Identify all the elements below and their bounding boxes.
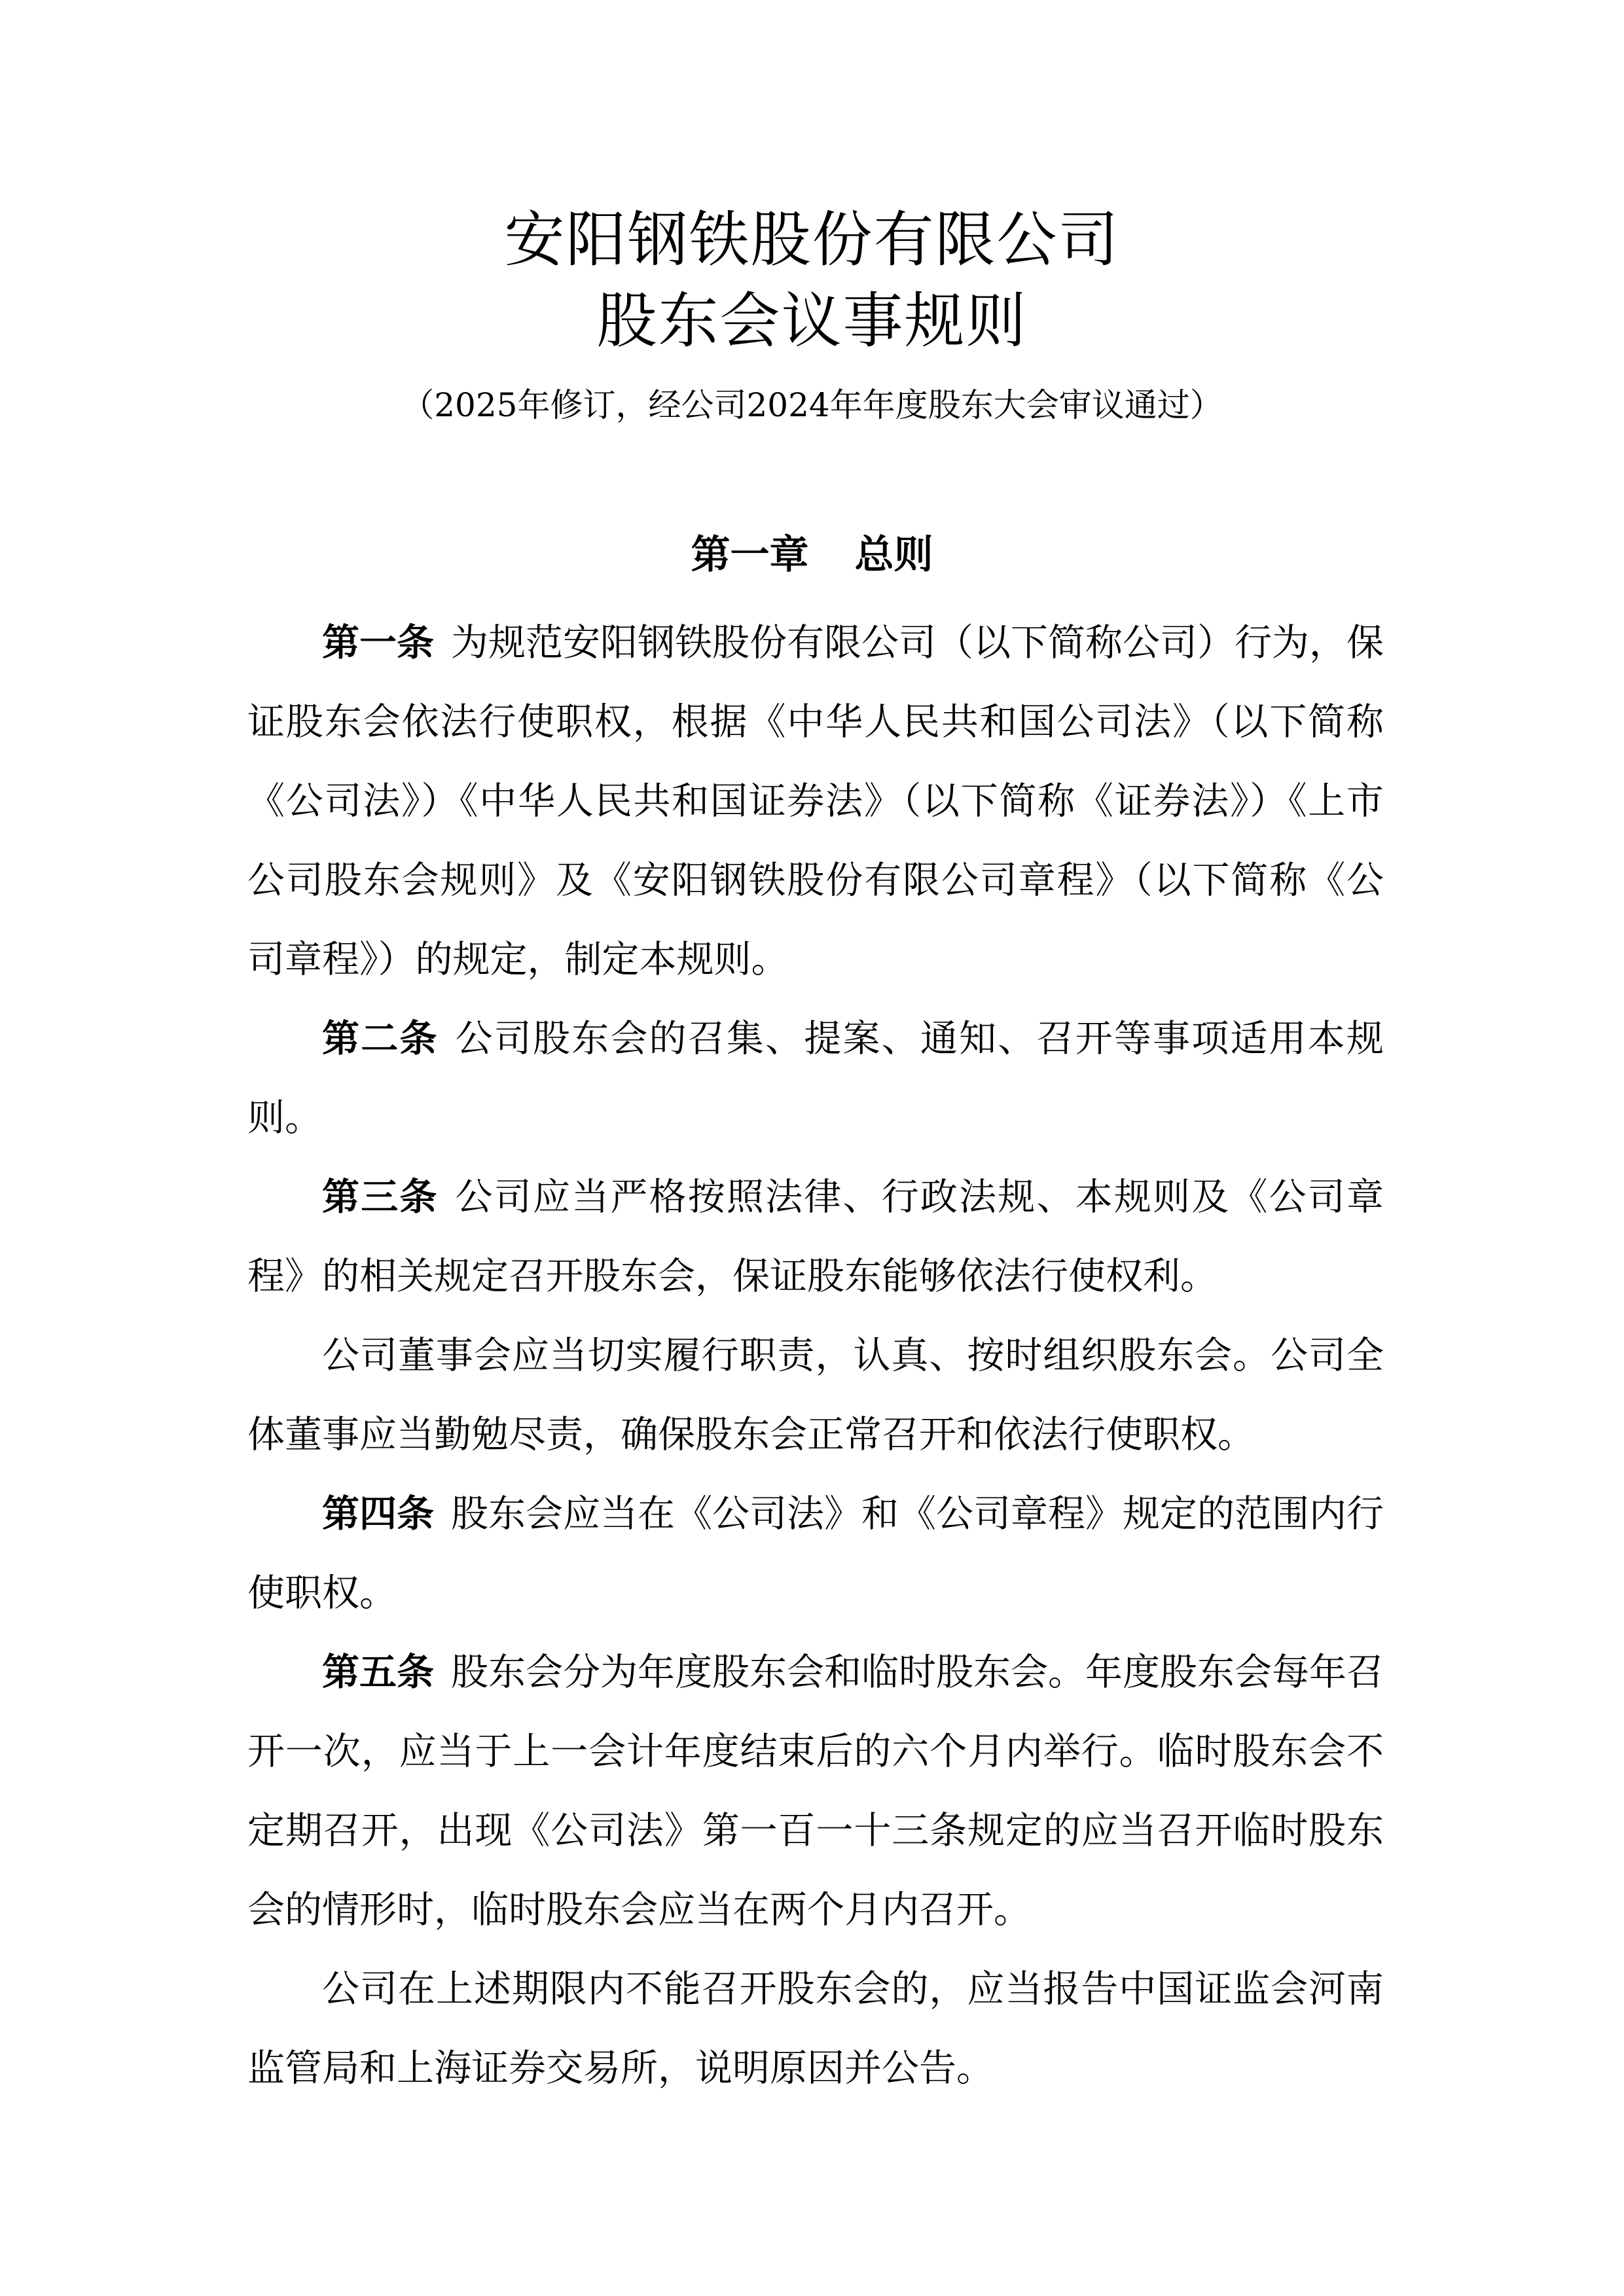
article-label: 第四条 — [322, 1492, 434, 1535]
paragraph-text: 公司在上述期限内不能召开股东会的，应当报告中国证监会河南监管局和上海证券交易所，… — [247, 1967, 1384, 2090]
paragraph-article-3: 第三条公司应当严格按照法律、行政法规、本规则及《公司章程》的相关规定召开股东会，… — [247, 1158, 1384, 1316]
document-body: 第一条为规范安阳钢铁股份有限公司（以下简称公司）行为，保证股东会依法行使职权，根… — [247, 603, 1384, 2108]
article-label: 第三条 — [322, 1175, 439, 1219]
article-label: 第一条 — [322, 621, 434, 664]
document-title-company: 安阳钢铁股份有限公司 — [0, 204, 1624, 276]
paragraph-text: 为规范安阳钢铁股份有限公司（以下简称公司）行为，保证股东会依法行使职权，根据《中… — [247, 621, 1384, 981]
paragraph-article-1: 第一条为规范安阳钢铁股份有限公司（以下简称公司）行为，保证股东会依法行使职权，根… — [247, 603, 1384, 999]
document-page: 安阳钢铁股份有限公司 股东会议事规则 （2025年修订，经公司2024年年度股东… — [0, 0, 1624, 2296]
paragraph-article-5-cont: 公司在上述期限内不能召开股东会的，应当报告中国证监会河南监管局和上海证券交易所，… — [247, 1950, 1384, 2108]
chapter-number: 第一章 — [691, 532, 809, 578]
article-label: 第五条 — [322, 1651, 434, 1694]
article-label: 第二条 — [322, 1017, 439, 1060]
paragraph-article-4: 第四条股东会应当在《公司法》和《公司章程》规定的范围内行使职权。 — [247, 1475, 1384, 1633]
document-subtitle: （2025年修订，经公司2024年年度股东大会审议通过） — [0, 382, 1624, 428]
paragraph-article-2: 第二条公司股东会的召集、提案、通知、召开等事项适用本规则。 — [247, 999, 1384, 1158]
chapter-name: 总则 — [855, 532, 933, 578]
chapter-heading: 第一章总则 — [0, 529, 1624, 581]
paragraph-article-3-cont: 公司董事会应当切实履行职责，认真、按时组织股东会。公司全体董事应当勤勉尽责，确保… — [247, 1316, 1384, 1475]
paragraph-text: 公司董事会应当切实履行职责，认真、按时组织股东会。公司全体董事应当勤勉尽责，确保… — [247, 1334, 1384, 1456]
paragraph-article-5: 第五条股东会分为年度股东会和临时股东会。年度股东会每年召开一次，应当于上一会计年… — [247, 1633, 1384, 1950]
document-title-rules: 股东会议事规则 — [0, 285, 1624, 357]
